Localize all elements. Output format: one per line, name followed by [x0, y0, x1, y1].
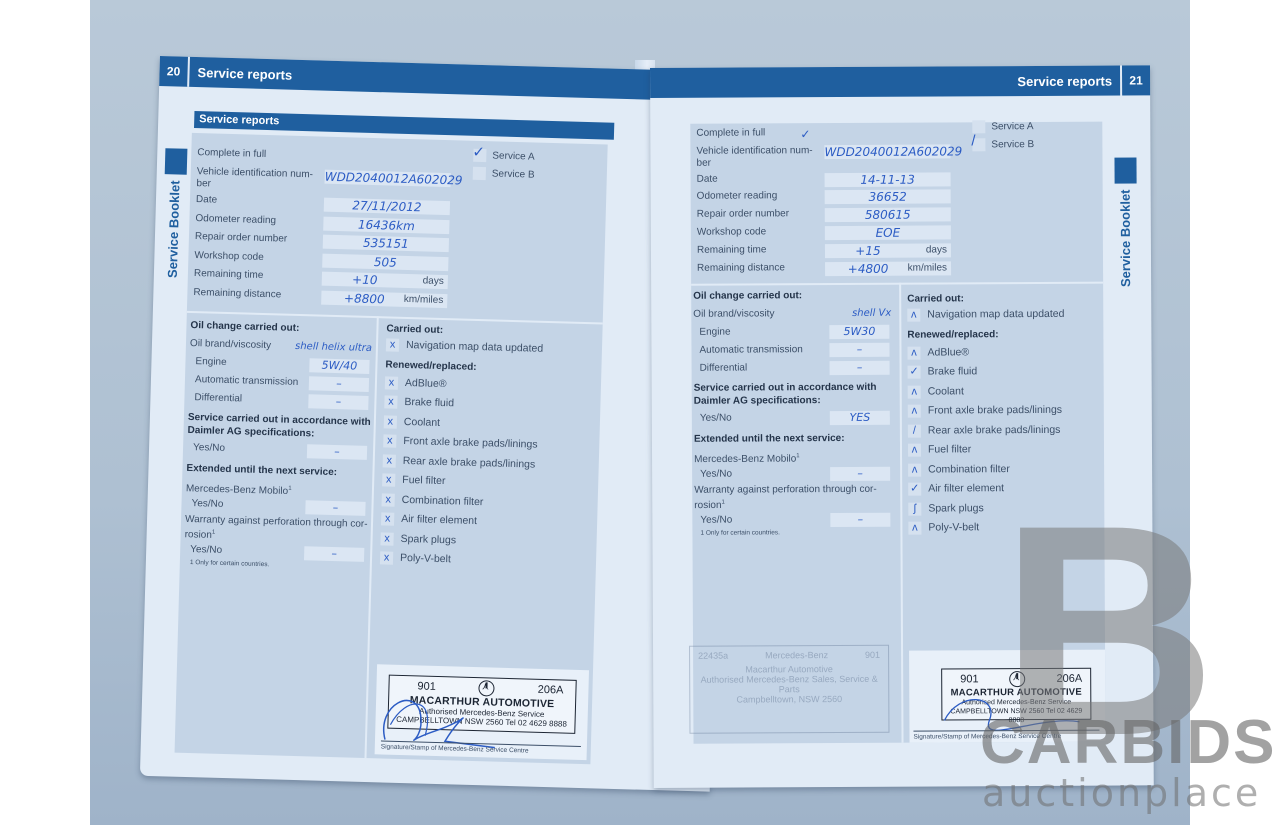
carried-out-section: Carried out:ʌNavigation map data updated…	[907, 292, 1104, 539]
stamp-code-right: 206A	[1056, 673, 1082, 685]
checklist-item[interactable]: ʌAdBlue®	[907, 342, 1103, 363]
row-label: Warranty against perforation through cor…	[694, 484, 877, 511]
form-row: Differential–	[694, 359, 894, 378]
checklist-item[interactable]: ʌFront axle brake pads/linings	[908, 401, 1104, 422]
service-form-left: Complete in fullVehicle identification n…	[175, 133, 608, 764]
field-value-box[interactable]: EOE	[825, 225, 951, 240]
row-label: Oil brand/viscosity	[190, 338, 271, 351]
row-label: Yes/No	[700, 413, 732, 424]
checkbox[interactable]: x	[386, 338, 399, 351]
stamp-line-2: CAMPBELLTOWN NSW 2560 Tel 02 4629 8888	[942, 707, 1090, 726]
form-field-row: Repair order number535151	[189, 231, 605, 243]
side-tab-block	[1114, 157, 1136, 183]
dealer-stamp: 901206A MACARTHUR AUTOMOTIVE Authorised …	[387, 675, 576, 734]
checklist-item-label: Navigation map data updated	[927, 308, 1064, 321]
signature-caption: Signature/Stamp of Mercedes-Benz Service…	[913, 730, 1099, 741]
service-option-b[interactable]: Service B	[473, 167, 535, 182]
checkbox[interactable]: ʌ	[907, 309, 920, 322]
oil-brand-value[interactable]: shell helix ultra	[295, 338, 372, 358]
side-tab: Service Booklet	[162, 148, 188, 278]
checkbox[interactable]: ʌ	[908, 385, 921, 398]
stamp-area: 901206A MACARTHUR AUTOMOTIVE Authorised …	[375, 664, 589, 760]
form-field-row: Vehicle identification num-berWDD2040012…	[191, 165, 607, 177]
signature-caption: Signature/Stamp of Mercedes-Benz Service…	[381, 740, 581, 756]
field-label: Remaining time	[697, 244, 827, 257]
faded-stamp-line: Campbelltown, NSW 2560	[690, 694, 888, 705]
footnote-marker: 1	[796, 453, 799, 459]
checklist-item-label: Brake fluid	[928, 365, 978, 377]
checklist-item[interactable]: ʌFuel filter	[908, 440, 1104, 461]
unit-label: days	[926, 243, 947, 257]
handwritten-value: 14-11-13	[825, 172, 951, 187]
field-value-box[interactable]: +8800km/miles	[321, 290, 447, 308]
field-label: Remaining distance	[193, 287, 323, 303]
form-field-row: Odometer reading16436km	[190, 212, 606, 224]
field-label: Remaining time	[194, 268, 324, 284]
checkbox[interactable]: ✓	[908, 483, 921, 496]
handwritten-value: WDD2040012A602029	[325, 169, 451, 187]
field-value-box[interactable]: 535151	[323, 235, 449, 253]
form-field-row: Workshop codeEOE	[691, 225, 1103, 227]
checklist-item-label: Front axle brake pads/linings	[403, 435, 538, 451]
field-label: Vehicle identification num-ber	[196, 166, 327, 194]
form-field-row: Complete in full✓	[690, 126, 1102, 128]
left-page: 20 Service reports Service Booklet Servi…	[140, 56, 730, 792]
checklist-item-label: Air filter element	[928, 482, 1004, 494]
row-label: Automatic transmission	[195, 374, 299, 388]
row-value[interactable]: –	[307, 444, 367, 460]
checklist-item-label: Fuel filter	[402, 474, 446, 487]
form-row: Automatic transmission–	[693, 341, 893, 360]
faded-stamp: 22435aMercedes-Benz901 Macarthur Automot…	[689, 645, 889, 734]
faded-stamp-brand: Mercedes-Benz	[765, 650, 828, 660]
handwritten-value: +8800	[321, 290, 407, 306]
handwritten-value: 505	[322, 253, 448, 271]
form-row: Yes/No–	[694, 465, 894, 484]
unit-label: km/miles	[908, 261, 948, 275]
form-field-row: Complete in full	[191, 147, 607, 159]
checklist-item-label: Fuel filter	[928, 443, 971, 455]
warranty-label: Warranty against perforation through cor…	[694, 483, 894, 512]
checklist-item[interactable]: ʃSpark plugs	[908, 498, 1104, 519]
daimler-heading: Service carried out in accordance with D…	[187, 411, 372, 442]
mercedes-star-icon	[479, 680, 495, 696]
right-page-header: Service reports 21	[650, 65, 1150, 98]
service-option-a[interactable]: Service A	[972, 120, 1033, 133]
field-label: Vehicle identification num-ber	[696, 145, 826, 170]
checkbox[interactable]: /	[908, 424, 921, 437]
footnote-marker: 1	[288, 486, 292, 492]
divider	[899, 283, 903, 743]
checklist-item-label: Poly-V-belt	[400, 552, 451, 565]
checklist-item-label: Spark plugs	[928, 502, 984, 514]
handwritten-value: 535151	[323, 235, 449, 253]
checkbox[interactable]: ʌ	[908, 522, 921, 535]
row-label: Yes/No	[193, 442, 225, 454]
row-label: Automatic transmission	[699, 344, 802, 356]
oil-change-section: Oil change carried out:Oil brand/viscosi…	[693, 289, 894, 537]
field-value-box[interactable]: 14-11-13	[825, 172, 951, 187]
oil-change-section: Oil change carried out:Oil brand/viscosi…	[184, 319, 375, 571]
checkbox[interactable]: x	[382, 473, 395, 486]
service-option-label: Service B	[991, 139, 1034, 150]
side-tab-label: Service Booklet	[165, 180, 183, 278]
form-field-row: Remaining distance+8800km/miles	[188, 286, 604, 298]
handwritten-value: 36652	[825, 190, 951, 205]
row-label: Yes/No	[190, 544, 222, 556]
row-label: Yes/No	[191, 498, 223, 510]
handwritten-value: +15	[825, 243, 911, 257]
side-tab-block	[165, 148, 188, 175]
checklist-item-label: Brake fluid	[404, 396, 454, 409]
checklist-item-label: AdBlue®	[405, 376, 447, 389]
renewed-heading: Renewed/replaced:	[907, 327, 1103, 341]
field-label: Complete in full	[197, 147, 327, 163]
field-label: Date	[196, 194, 326, 210]
side-tab: Service Booklet	[1114, 157, 1137, 287]
checkbox[interactable]: x	[383, 434, 396, 447]
checklist-item[interactable]: ✓Air filter element	[908, 479, 1104, 500]
row-label: Engine	[195, 356, 226, 368]
mercedes-star-icon	[1009, 671, 1025, 687]
checklist-item-label: AdBlue®	[927, 346, 969, 358]
handwritten-value: 580615	[825, 208, 951, 223]
form-field-row: Remaining time+15days	[691, 242, 1103, 244]
checkbox[interactable]: x	[383, 454, 396, 467]
service-form-right: Complete in full✓Vehicle identification …	[690, 122, 1105, 744]
form-row: Yes/NoYES	[694, 409, 894, 428]
checkbox[interactable]	[473, 167, 486, 180]
handwritten-value: EOE	[825, 225, 951, 240]
header-title: Service reports	[189, 64, 300, 82]
checkbox[interactable]: x	[385, 376, 398, 389]
form-field-row: Workshop code505	[189, 249, 605, 261]
checklist-item-label: Spark plugs	[400, 532, 456, 546]
extended-heading: Extended until the next service:	[694, 432, 894, 446]
handwritten-value: WDD2040012A602029	[824, 144, 950, 159]
form-field-row: Date14-11-13	[691, 171, 1103, 173]
row-value[interactable]: 5W/40	[309, 358, 369, 374]
oil-change-heading: Oil change carried out:	[693, 289, 893, 303]
checkbox[interactable]: ✓	[473, 149, 486, 162]
field-label: Odometer reading	[697, 190, 827, 203]
service-option-b[interactable]: /Service B	[972, 138, 1034, 151]
faded-stamp-code: 22435a	[698, 651, 728, 661]
stamp-area: 901206A MACARTHUR AUTOMOTIVE Authorised …	[909, 650, 1105, 743]
checkbox[interactable]: x	[382, 493, 395, 506]
checkbox[interactable]: ✓	[908, 366, 921, 379]
handwritten-value: 27/11/2012	[324, 198, 450, 216]
row-value[interactable]: 5W30	[829, 325, 889, 339]
stamp-code-left: 901	[417, 680, 436, 693]
row-value[interactable]: YES	[830, 411, 890, 425]
row-label: Warranty against perforation through cor…	[184, 514, 367, 541]
field-value-box[interactable]: 580615	[825, 208, 951, 223]
checklist-item-label: Combination filter	[928, 463, 1010, 475]
field-label: Date	[697, 173, 827, 186]
check-mark-icon: ✓	[472, 143, 485, 161]
row-value[interactable]: –	[830, 361, 890, 375]
service-option-label: Service A	[991, 121, 1033, 132]
checklist-item[interactable]: ✓Brake fluid	[908, 362, 1104, 383]
field-value-box[interactable]: WDD2040012A602029	[824, 144, 950, 159]
carried-out-heading: Carried out:	[907, 292, 1103, 306]
field-value-box[interactable]: WDD2040012A602029	[325, 169, 451, 187]
service-option-label: Service A	[492, 150, 535, 162]
row-label: Yes/No	[700, 515, 732, 526]
checklist-item[interactable]: ʌPoly-V-belt	[908, 518, 1104, 539]
footnote: 1 Only for certain countries.	[694, 529, 894, 537]
stamp-code-right: 206A	[538, 684, 564, 697]
complete-check-mark: ✓	[800, 127, 810, 141]
row-label: Engine	[699, 327, 730, 338]
row-label: Oil brand/viscosity	[693, 308, 774, 319]
row-label: Differential	[700, 362, 748, 373]
form-field-row: Date27/11/2012	[190, 194, 606, 206]
field-label: Workshop code	[697, 226, 827, 239]
row-value[interactable]: –	[305, 500, 365, 516]
checklist-item-label: Navigation map data updated	[406, 339, 543, 355]
field-label: Odometer reading	[195, 213, 325, 229]
form-field-row: Remaining distance+4800km/miles	[691, 260, 1103, 262]
form-row: Yes/No–	[187, 439, 371, 462]
checklist-item[interactable]: ʌCoolant	[908, 381, 1104, 402]
form-row: Engine5W30	[693, 323, 893, 342]
row-value[interactable]: –	[309, 376, 369, 392]
right-page: Service reports 21 Service Booklet Compl…	[650, 65, 1154, 788]
handwritten-value: +10	[322, 272, 408, 288]
form-field-row: Vehicle identification num-berWDD2040012…	[690, 143, 1102, 145]
checkbox[interactable]: x	[384, 395, 397, 408]
checkbox[interactable]: x	[384, 415, 397, 428]
page-number: 20	[159, 56, 190, 87]
form-field-row: Odometer reading36652	[691, 189, 1103, 191]
row-label: Differential	[194, 392, 242, 404]
header-title: Service reports	[1009, 73, 1120, 89]
checklist-item-label: Rear axle brake pads/linings	[928, 423, 1061, 436]
faded-stamp-code: 901	[865, 650, 880, 660]
form-field-row: Remaining time+10days	[188, 268, 604, 280]
daimler-heading: Service carried out in accordance with D…	[694, 381, 894, 408]
handwritten-value: +4800	[825, 261, 911, 275]
stamp-code-left: 901	[960, 673, 978, 685]
checklist-item-label: Rear axle brake pads/linings	[403, 454, 536, 470]
field-value-box[interactable]: 16436km	[323, 216, 449, 234]
row-value[interactable]: –	[829, 343, 889, 357]
field-value-box[interactable]: 505	[322, 253, 448, 271]
oil-change-heading: Oil change carried out:	[190, 319, 374, 337]
oil-brand-row: Oil brand/viscosityshell Vx	[693, 305, 893, 324]
checkbox[interactable]: ʃ	[908, 502, 921, 515]
service-option-a[interactable]: ✓Service A	[473, 149, 535, 164]
faded-stamp-line: Authorised Mercedes-Benz Sales, Service …	[690, 674, 888, 695]
row-value[interactable]: –	[308, 394, 368, 410]
side-tab-label: Service Booklet	[1118, 189, 1134, 287]
checklist-item[interactable]: /Rear axle brake pads/linings	[908, 420, 1104, 441]
row-value[interactable]: –	[830, 513, 890, 527]
checkbox[interactable]: x	[380, 532, 393, 545]
footnote-marker: 1	[722, 500, 725, 506]
checklist-item[interactable]: ʌNavigation map data updated	[907, 305, 1103, 326]
row-value[interactable]: –	[830, 467, 890, 481]
checkbox[interactable]: x	[380, 551, 393, 564]
field-label: Repair order number	[697, 208, 827, 221]
form-field-row: Repair order number580615	[691, 207, 1103, 209]
form-row: Differential–	[188, 389, 372, 412]
row-label: Yes/No	[700, 469, 732, 480]
service-option-label: Service B	[492, 168, 535, 180]
checkbox[interactable]: /	[972, 138, 985, 151]
field-label: Remaining distance	[697, 262, 827, 275]
carried-out-section: Carried out:xNavigation map data updated…	[380, 322, 597, 573]
booklet-photo: 20 Service reports Service Booklet Servi…	[90, 0, 1190, 825]
unit-label: km/miles	[404, 292, 444, 307]
field-label: Repair order number	[195, 231, 325, 247]
field-value-box[interactable]: +4800km/miles	[825, 261, 951, 276]
checkbox[interactable]: ʌ	[907, 346, 920, 359]
field-value-box[interactable]: 27/11/2012	[324, 198, 450, 216]
unit-label: days	[422, 274, 444, 289]
checkbox[interactable]: ʌ	[908, 405, 921, 418]
checklist-item[interactable]: ʌCombination filter	[908, 459, 1104, 480]
field-value-box[interactable]: 36652	[825, 190, 951, 205]
dealer-stamp: 901206A MACARTHUR AUTOMOTIVE Authorised …	[941, 668, 1091, 721]
stamp-dealer-name: MACARTHUR AUTOMOTIVE	[942, 687, 1090, 699]
handwritten-value: 16436km	[323, 216, 449, 234]
oil-brand-value[interactable]: shell Vx	[852, 305, 891, 323]
row-value[interactable]: –	[304, 547, 364, 563]
field-value-box[interactable]: +10days	[322, 272, 448, 290]
checkbox[interactable]: ʌ	[908, 444, 921, 457]
footnote-marker: 1	[212, 530, 216, 536]
check-mark-icon: /	[971, 132, 975, 149]
page-number: 21	[1120, 65, 1150, 95]
checklist-item-label: Coolant	[404, 415, 441, 428]
form-row: Yes/No–	[694, 511, 894, 530]
field-label: Workshop code	[194, 250, 324, 266]
checklist-item-label: Coolant	[928, 385, 964, 397]
checkbox[interactable]: ʌ	[908, 463, 921, 476]
field-value-box[interactable]: +15days	[825, 243, 951, 258]
row-label: Mercedes-Benz Mobilo	[694, 454, 796, 466]
mobilo-label: Mercedes-Benz Mobilo1	[694, 447, 894, 466]
checklist-item-label: Front axle brake pads/linings	[928, 404, 1062, 417]
checklist-item-label: Air filter element	[401, 513, 477, 527]
checklist-item-label: Poly-V-belt	[928, 521, 979, 533]
checkbox[interactable]: x	[381, 512, 394, 525]
checklist-item-label: Combination filter	[402, 493, 484, 507]
